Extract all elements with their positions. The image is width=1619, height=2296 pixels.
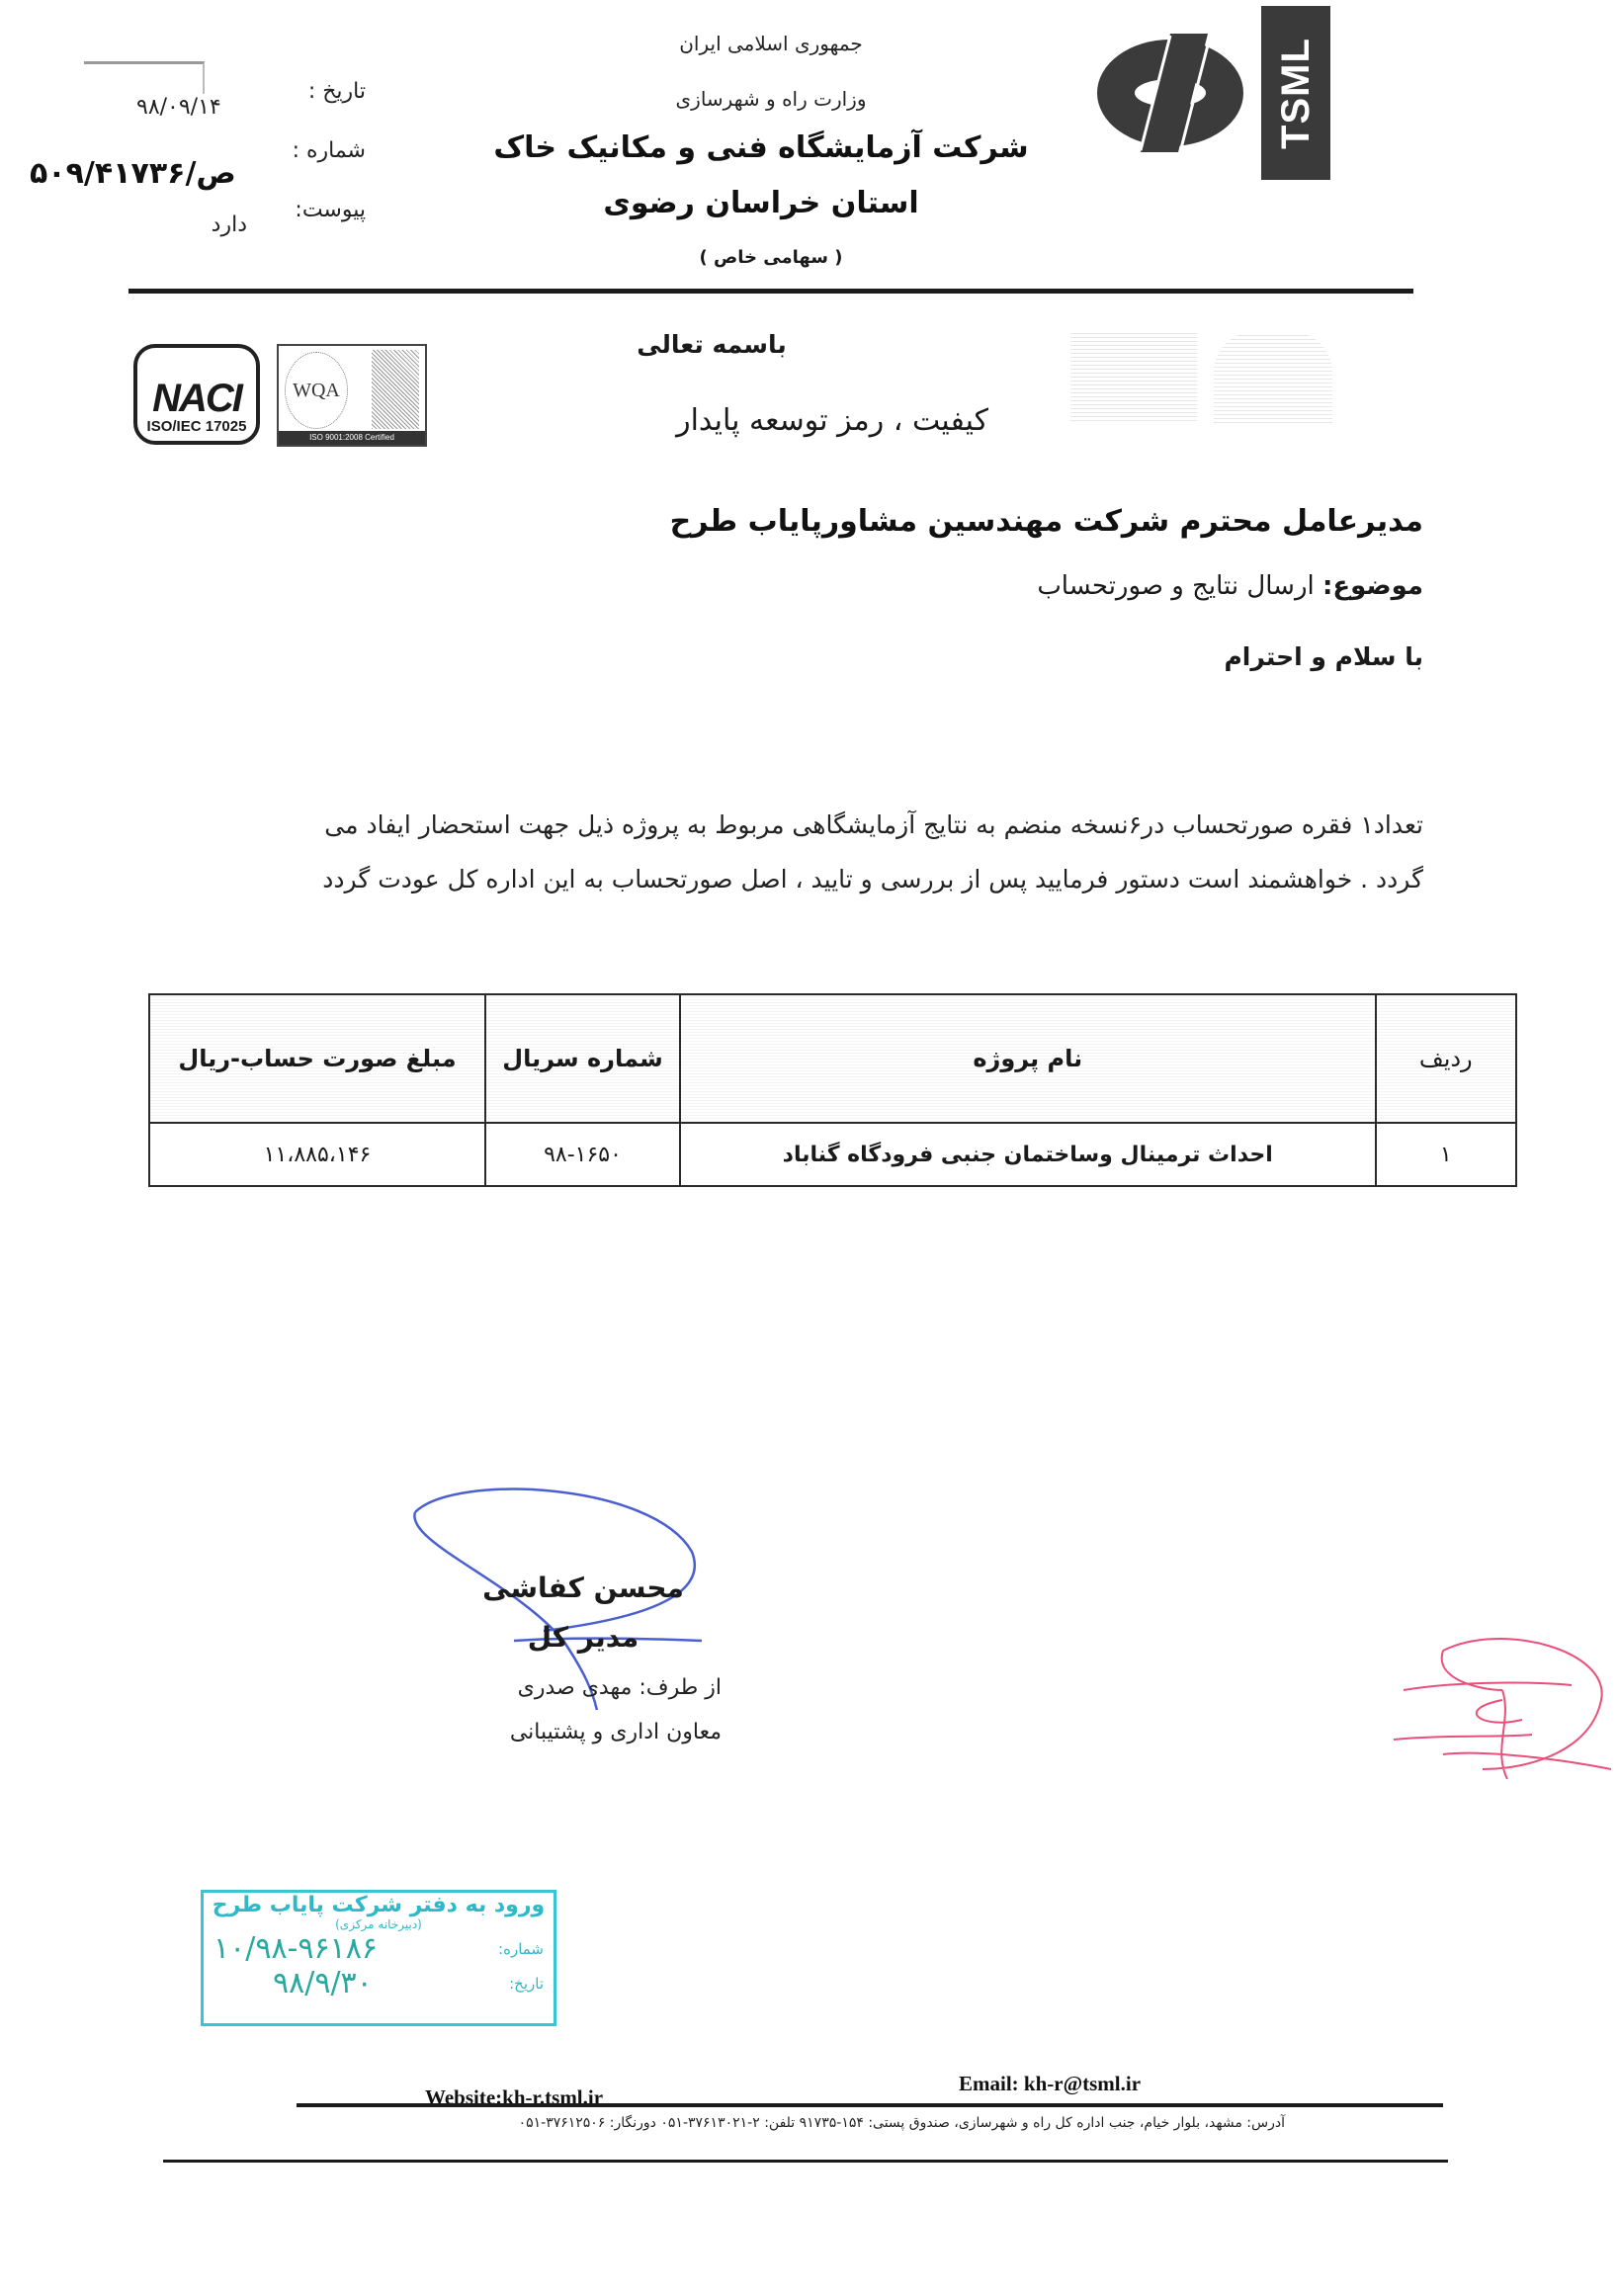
- cell-serial-number: ۹۸-۱۶۵۰: [485, 1123, 680, 1186]
- wqa-certification-logo: WQA ISO 9001:2008 Certified: [277, 344, 427, 447]
- tsml-emblem-icon: [1097, 34, 1243, 152]
- stamp-date-value: ۹۸/۹/۳۰: [273, 1966, 373, 2000]
- signer-title: مدیر کل: [514, 1621, 652, 1654]
- wqa-title: WQA: [285, 352, 348, 429]
- postal-address: آدرس: مشهد، بلوار خیام، جنب اداره کل راه…: [297, 2115, 1285, 2131]
- faded-logo-left: [1070, 332, 1197, 421]
- email-link[interactable]: Email: kh-r@tsml.ir: [959, 2072, 1141, 2096]
- motto: کیفیت ، رمز توسعه پایدار: [455, 403, 988, 438]
- footer-divider-bottom: [163, 2160, 1448, 2163]
- col-project-name: نام پروژه: [680, 994, 1376, 1123]
- subject-line: موضوع: ارسال نتایج و صورتحساب: [810, 571, 1423, 601]
- naci-title: NACI: [152, 379, 241, 418]
- cell-row-number: ۱: [1376, 1123, 1516, 1186]
- stamp-title: ورود به دفتر شرکت پایاب طرح: [204, 1893, 554, 1917]
- col-serial-number: شماره سریال: [485, 994, 680, 1123]
- recipient: مدیرعامل محترم شرکت مهندسین مشاورپایاب ط…: [613, 504, 1423, 539]
- col-row-number: ردیف: [1376, 994, 1516, 1123]
- receipt-stamp: ورود به دفتر شرکت پایاب طرح (دبیرخانه مر…: [201, 1890, 556, 2026]
- cell-invoice-amount: ۱۱،۸۸۵،۱۴۶: [149, 1123, 485, 1186]
- col-invoice-amount: مبلغ صورت حساب-ریال: [149, 994, 485, 1123]
- body-line-1: تعداد۱ فقره صورتحساب در۶نسخه منضم به نتا…: [138, 801, 1423, 850]
- ministry-name: وزارت راه و شهرسازی: [524, 87, 1018, 111]
- greeting: با سلام و احترام: [1067, 642, 1423, 671]
- stamp-date-label: تاریخ:: [509, 1975, 544, 1993]
- red-signature-icon: [1384, 1621, 1611, 1779]
- wqa-hatch-graphic: [372, 350, 419, 429]
- subject-label: موضوع:: [1322, 571, 1423, 601]
- date-value: ۹۸/۰۹/۱۴: [136, 95, 235, 120]
- country-name: جمهوری اسلامی ایران: [524, 32, 1018, 55]
- body-line-2: گردد . خواهشمند است دستور فرمایید پس از …: [138, 855, 1423, 904]
- tsml-logo: TSML: [1261, 6, 1330, 180]
- tsml-logo-text: TSML: [1274, 38, 1319, 149]
- signer-name: محسن کفاشی: [474, 1572, 692, 1604]
- naci-certification-logo: NACI ISO/IEC 17025: [133, 344, 260, 445]
- table-row: ۱ احداث ترمینال وساختمان جنبی فرودگاه گن…: [149, 1123, 1516, 1186]
- on-behalf-of: از طرف: مهدی صدری: [465, 1675, 722, 1700]
- attachment-label: پیوست:: [282, 198, 366, 222]
- cell-project-name: احداث ترمینال وساختمان جنبی فرودگاه گناب…: [680, 1123, 1376, 1186]
- stamp-subtitle: (دبیرخانه مرکزی): [204, 1917, 554, 1931]
- paper-fold-mark: [84, 61, 205, 94]
- table-header-row: ردیف نام پروژه شماره سریال مبلغ صورت حسا…: [149, 994, 1516, 1123]
- invoice-table: ردیف نام پروژه شماره سریال مبلغ صورت حسا…: [148, 993, 1517, 1187]
- company-name: شرکت آزمایشگاه فنی و مکانیک خاک: [415, 130, 1107, 165]
- stamp-date-row: تاریخ: ۹۸/۹/۳۰: [204, 1966, 554, 2000]
- attachment-value: دارد: [188, 213, 247, 237]
- company-province: استان خراسان رضوی: [415, 186, 1107, 220]
- naci-subtitle: ISO/IEC 17025: [147, 418, 247, 435]
- invocation: باسمه تعالی: [593, 330, 830, 359]
- letter-number: ص/۵۰۹/۴۱۷۳۶: [30, 156, 237, 191]
- stamp-number-value: ۱۰/۹۸-۹۶۱۸۶: [213, 1931, 378, 1966]
- wqa-subtitle: ISO 9001:2008 Certified: [279, 431, 425, 445]
- footer-divider-top: [297, 2103, 1443, 2107]
- date-label: تاریخ :: [287, 79, 366, 104]
- subject-value: ارسال نتایج و صورتحساب: [1037, 571, 1314, 601]
- deputy-role: معاون اداری و پشتیبانی: [465, 1720, 722, 1744]
- stamp-number-row: شماره: ۱۰/۹۸-۹۶۱۸۶: [204, 1931, 554, 1966]
- stamp-number-label: شماره:: [498, 1940, 544, 1958]
- number-label: شماره :: [277, 138, 366, 163]
- header-divider: [128, 289, 1413, 294]
- company-type: ( سهامی خاص ): [524, 247, 1018, 268]
- faded-logo-right: [1214, 332, 1332, 423]
